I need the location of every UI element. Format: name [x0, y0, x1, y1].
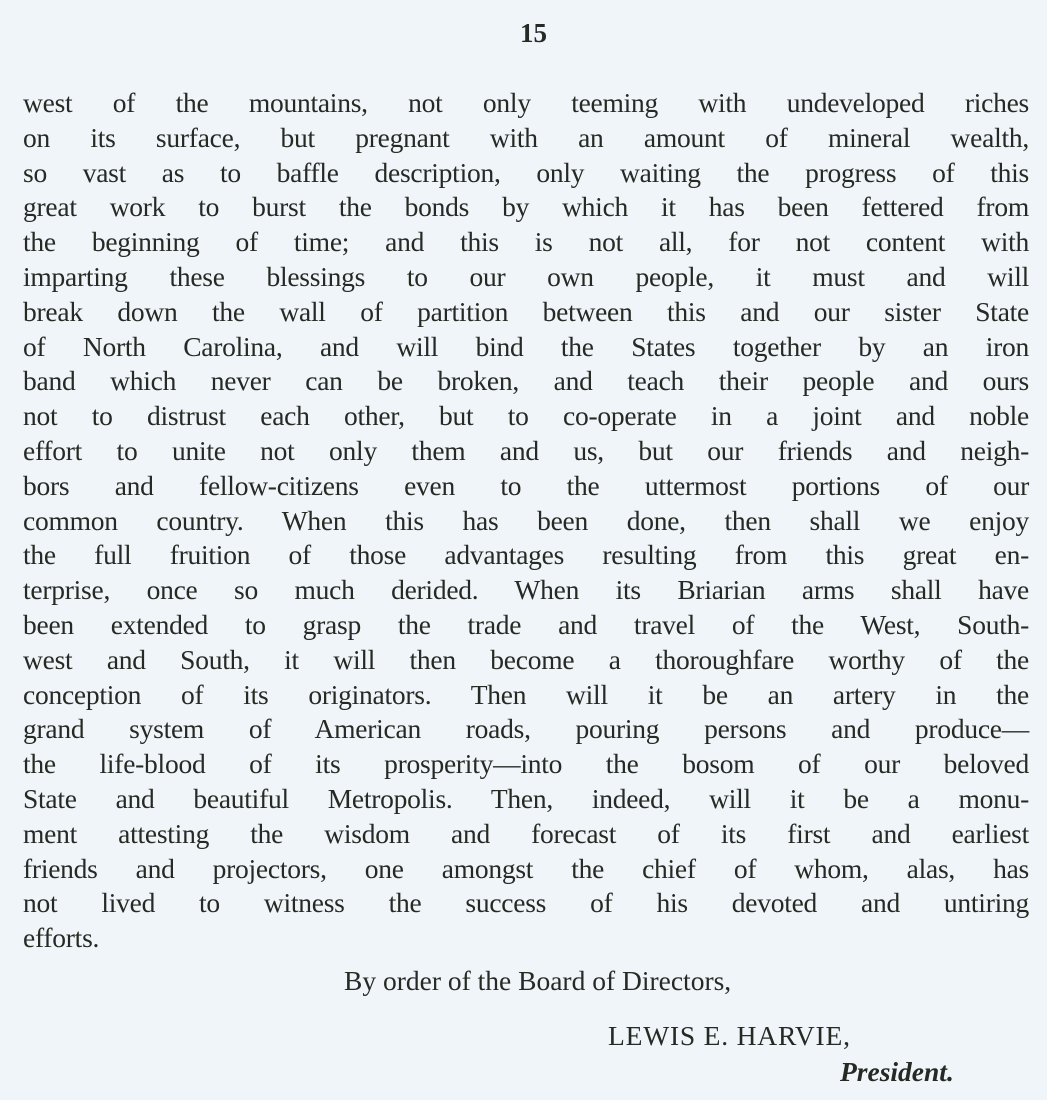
signer-name: LEWIS E. HARVIE, — [608, 1020, 851, 1052]
text-line: friends and projectors, one amongst the … — [23, 852, 1029, 887]
text-line: efforts. — [23, 921, 1029, 956]
text-line: on its surface, but pregnant with an amo… — [23, 121, 1029, 156]
text-line: bors and fellow-citizens even to the utt… — [23, 469, 1029, 504]
text-line: break down the wall of partition between… — [23, 295, 1029, 330]
page-number: 15 — [0, 18, 1047, 49]
text-line: great work to burst the bonds by which i… — [23, 190, 1029, 225]
text-line: State and beautiful Metropolis. Then, in… — [23, 782, 1029, 817]
text-line: imparting these blessings to our own peo… — [23, 260, 1029, 295]
signoff-line: By order of the Board of Directors, — [344, 962, 731, 1000]
text-line: west and South, it will then become a th… — [23, 643, 1029, 678]
text-line: conception of its originators. Then will… — [23, 678, 1029, 713]
text-line: common country. When this has been done,… — [23, 504, 1029, 539]
text-line: the beginning of time; and this is not a… — [23, 225, 1029, 260]
text-line: west of the mountains, not only teeming … — [23, 86, 1029, 121]
text-line: of North Carolina, and will bind the Sta… — [23, 330, 1029, 365]
text-line: not to distrust each other, but to co-op… — [23, 399, 1029, 434]
text-line: terprise, once so much derided. When its… — [23, 573, 1029, 608]
text-line: grand system of American roads, pouring … — [23, 712, 1029, 747]
text-line: been extended to grasp the trade and tra… — [23, 608, 1029, 643]
text-line: band which never can be broken, and teac… — [23, 364, 1029, 399]
text-line: so vast as to baffle description, only w… — [23, 156, 1029, 191]
text-line: not lived to witness the success of his … — [23, 886, 1029, 921]
text-line: ment attesting the wisdom and forecast o… — [23, 817, 1029, 852]
document-page: 15 west of the mountains, not only teemi… — [0, 0, 1047, 1100]
text-line: effort to unite not only them and us, bu… — [23, 434, 1029, 469]
text-line: the full fruition of those advantages re… — [23, 538, 1029, 573]
signer-title: President. — [840, 1056, 954, 1088]
text-line: the life-blood of its prosperity—into th… — [23, 747, 1029, 782]
body-paragraph: west of the mountains, not only teeming … — [23, 86, 1029, 956]
